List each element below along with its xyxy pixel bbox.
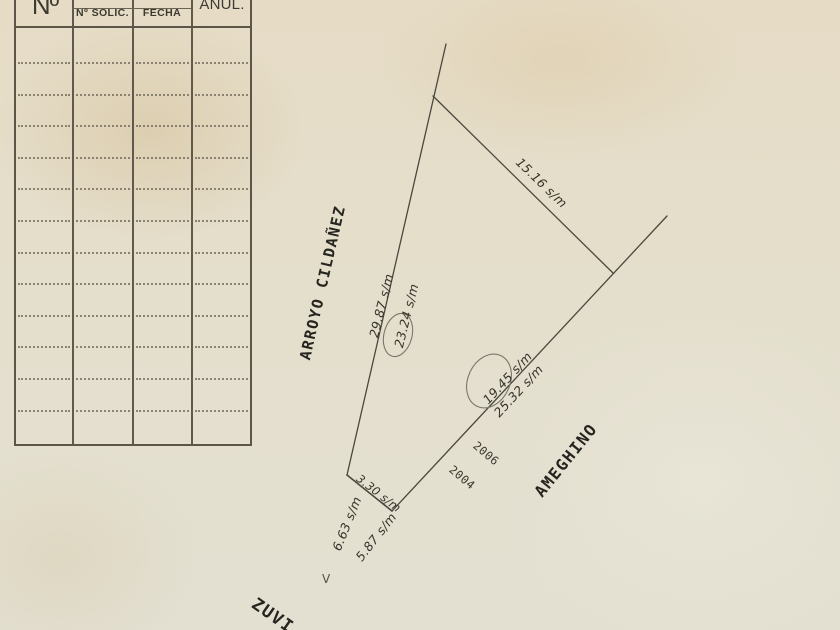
pencil-tick-mark: V bbox=[322, 573, 331, 585]
boundary-back-line bbox=[433, 96, 613, 273]
boundary-arroyo-line bbox=[347, 44, 446, 475]
lot-plan-drawing bbox=[0, 0, 840, 630]
